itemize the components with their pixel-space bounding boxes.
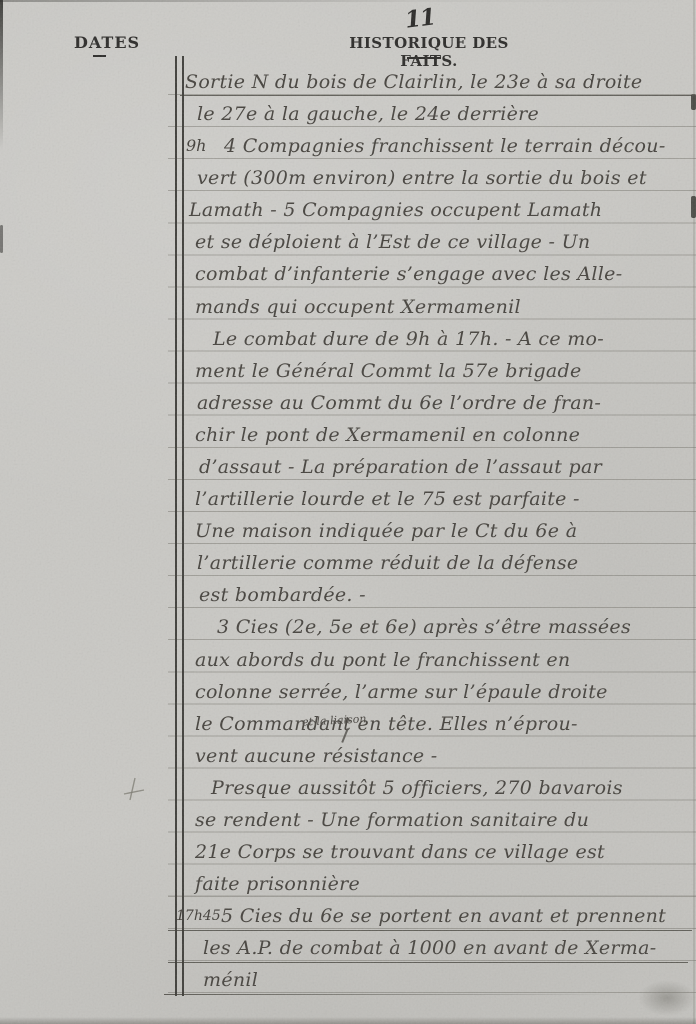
traced-rule — [180, 95, 692, 96]
journal-line: colonne serrée, l’arme sur l’épaule droi… — [195, 680, 608, 705]
column-divider — [175, 56, 184, 996]
historique-header-underline — [407, 57, 441, 59]
journal-line: 3 Cies (2e, 5e et 6e) après s’être massé… — [217, 615, 631, 640]
pencil-check-mark — [118, 774, 146, 802]
journal-line: adresse au Commt du 6e l’ordre de fran- — [197, 391, 601, 416]
journal-line: l’artillerie comme réduit de la défense — [197, 551, 578, 576]
journal-line: les A.P. de combat à 1000 en avant de Xe… — [203, 936, 656, 961]
page-number: 11 — [403, 3, 436, 33]
journal-line: Une maison indiquée par le Ct du 6e à — [195, 519, 577, 544]
journal-line: Lamath - 5 Compagnies occupent Lamath — [189, 198, 602, 223]
journal-line: vert (300m environ) entre la sortie du b… — [197, 166, 647, 191]
journal-line: Presque aussitôt 5 officiers, 270 bavaro… — [211, 776, 623, 801]
dates-column-header: DATES — [74, 33, 140, 52]
traced-rule — [164, 994, 620, 995]
journal-line: aux abords du pont le franchissent en — [195, 648, 570, 673]
journal-line: 5 Cies du 6e se portent en avant et pren… — [221, 904, 666, 929]
journal-line: le Commandant en tête. Elles n’éprou- — [195, 712, 578, 737]
journal-line: se rendent - Une formation sanitaire du — [195, 808, 589, 833]
dates-header-underline — [93, 55, 106, 57]
scanned-journal-page: { "page": { "number": "11", "column_head… — [0, 0, 696, 1024]
journal-line: le 27e à la gauche, le 24e derrière — [197, 102, 539, 127]
journal-line: est bombardée. - — [199, 583, 366, 608]
journal-line: Le combat dure de 9h à 17h. - A ce mo- — [213, 327, 604, 352]
margin-time-17h45: 17h45 — [176, 908, 221, 924]
page-content: 11 DATES HISTORIQUE DES FAITS. 9h 17h45 … — [0, 0, 696, 1024]
journal-line: faite prisonnière — [195, 872, 360, 897]
historique-column-header: HISTORIQUE DES FAITS. — [336, 34, 522, 70]
journal-line: 21e Corps se trouvant dans ce village es… — [195, 840, 605, 865]
margin-time-9h: 9h — [186, 136, 206, 155]
journal-line: Sortie N du bois de Clairlin, le 23e à s… — [185, 70, 642, 95]
journal-line: mands qui occupent Xermamenil — [195, 295, 521, 320]
journal-line: 4 Compagnies franchissent le terrain déc… — [224, 134, 666, 159]
journal-line: ment le Général Commt la 57e brigade — [195, 359, 582, 384]
traced-rule — [168, 962, 688, 963]
journal-line: d’assaut - La préparation de l’assaut pa… — [199, 455, 602, 480]
journal-line: chir le pont de Xermamenil en colonne — [195, 423, 580, 448]
journal-line: vent aucune résistance - — [195, 744, 438, 769]
journal-line: et se déploient à l’Est de ce village - … — [195, 230, 590, 255]
traced-rule — [168, 930, 692, 931]
journal-line: combat d’infanterie s’engage avec les Al… — [195, 262, 622, 287]
journal-line: ménil — [203, 968, 258, 993]
journal-line: l’artillerie lourde et le 75 est parfait… — [195, 487, 580, 512]
